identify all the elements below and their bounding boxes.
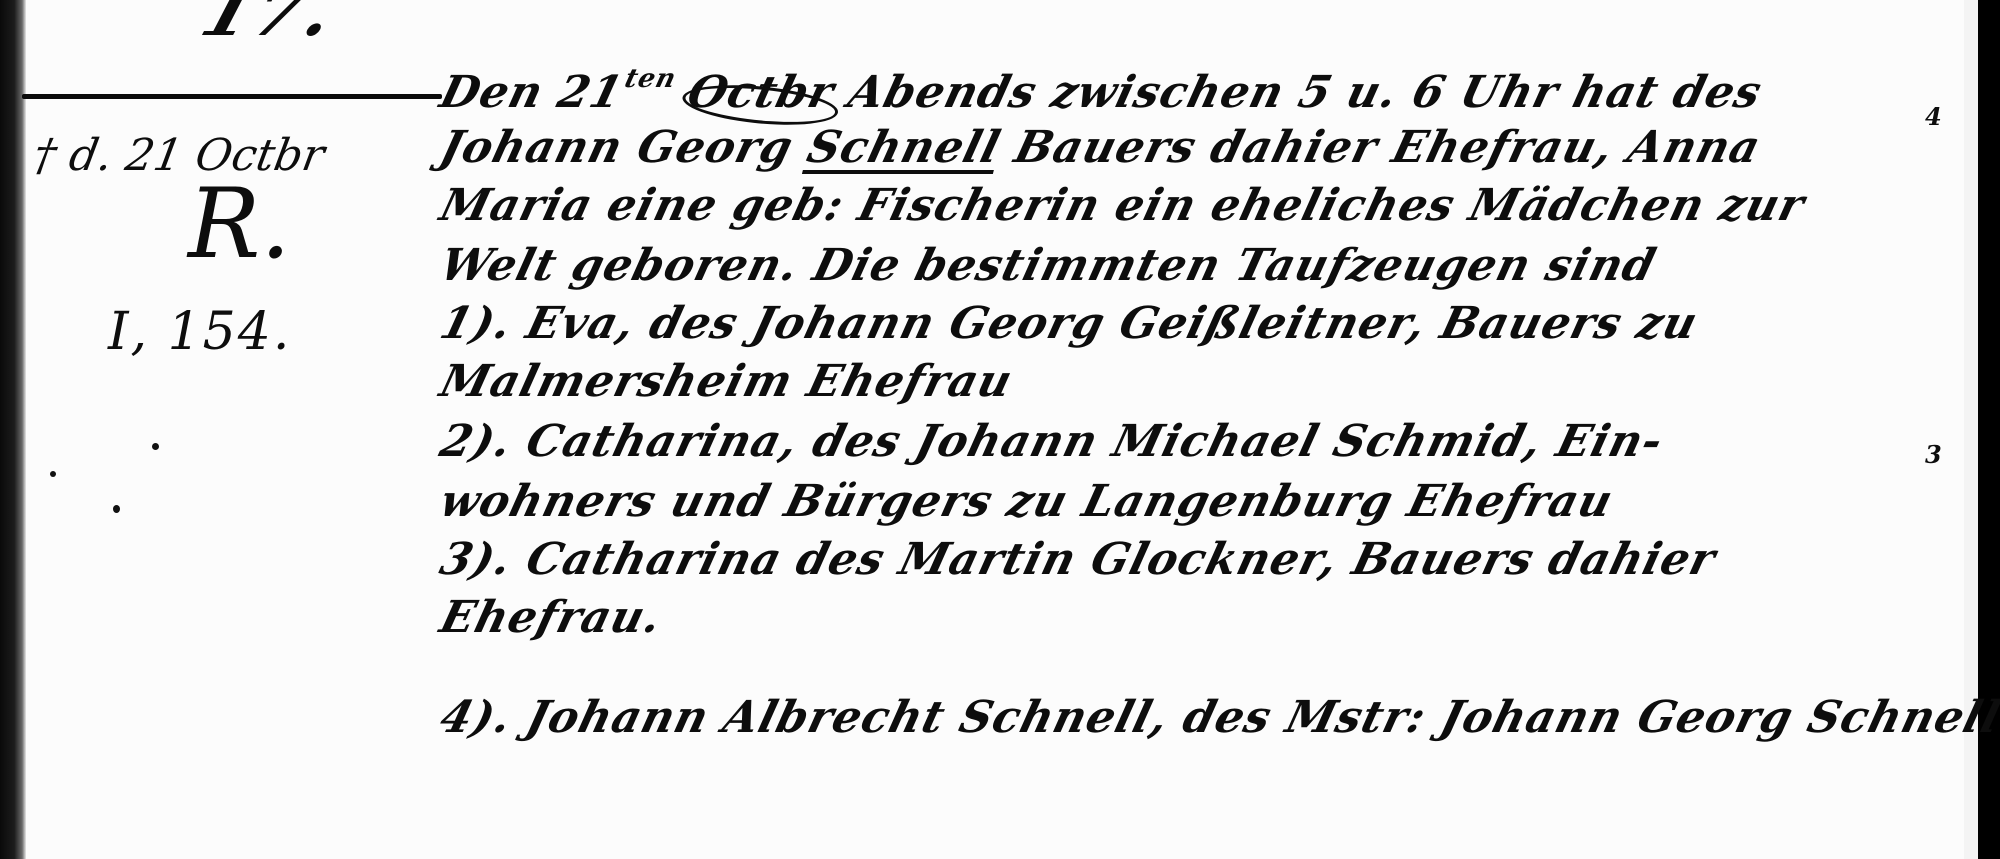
book-binding-edge — [0, 0, 26, 859]
entry-line-10: Ehefrau. — [435, 592, 667, 643]
header-rule — [22, 94, 442, 99]
entry-line-11: 4). Johann Albrecht Schnell, des Mstr: J… — [435, 692, 2000, 743]
entry-line-3: Maria eine geb: Fischerin ein eheliches … — [435, 180, 1810, 231]
entry-line-7: 2). Catharina, des Johann Michael Schmid… — [435, 416, 1668, 467]
side-mark-3: 3 — [1925, 440, 1942, 469]
ink-speck — [152, 443, 159, 450]
margin-reference: I, 154. — [108, 302, 291, 362]
entry-line-1: Den 21ten Octbr Abends zwischen 5 u. 6 U… — [435, 64, 1768, 118]
side-mark-4: 4 — [1925, 102, 1942, 131]
struck-word: Octbr — [683, 67, 840, 118]
ink-speck — [50, 471, 56, 477]
margin-register-mark: R. — [188, 168, 291, 280]
page-number: 17. — [192, 0, 348, 52]
register-page: 17. † d. 21 Octbr R. I, 154. Den 21ten O… — [0, 0, 2000, 859]
entry-line-8: wohners und Bürgers zu Langenburg Ehefra… — [435, 476, 1618, 527]
ink-speck — [113, 505, 120, 513]
entry-line-4: Welt geboren. Die bestimmten Taufzeugen … — [435, 240, 1661, 291]
underlined-surname: Schnell — [802, 122, 1006, 173]
entry-line-6: Malmersheim Ehefrau — [435, 356, 1018, 407]
entry-line-2: Johann Georg Schnell Bauers dahier Ehefr… — [435, 122, 1766, 173]
entry-line-9: 3). Catharina des Martin Glockner, Bauer… — [435, 534, 1721, 585]
entry-line-5: 1). Eva, des Johann Georg Geißleitner, B… — [435, 298, 1703, 349]
